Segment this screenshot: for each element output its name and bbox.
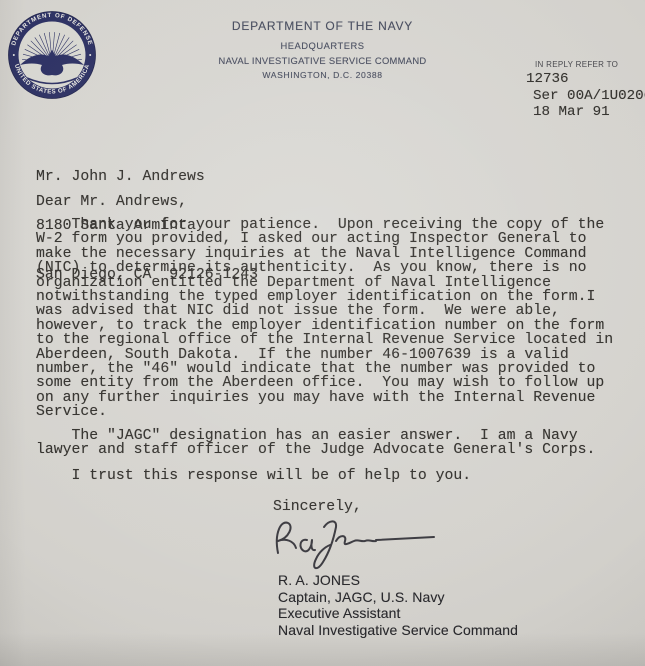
signer-organization: Naval Investigative Service Command: [278, 622, 518, 639]
body-paragraph-3: I trust this response will be of help to…: [36, 469, 636, 483]
signer-name: R. A. JONES: [278, 572, 518, 589]
reference-serial: Ser 00A/1U0206: [533, 88, 645, 105]
closing: Sincerely,: [273, 499, 362, 515]
signer-rank: Captain, JAGC, U.S. Navy: [278, 589, 518, 606]
body-paragraph-1: Thank you for your patience. Upon receiv…: [36, 218, 636, 420]
letterhead-headquarters: HEADQUARTERS: [0, 40, 645, 51]
reference-number: 12736: [526, 71, 645, 88]
signature-block: R. A. JONES Captain, JAGC, U.S. Navy Exe…: [278, 572, 518, 639]
salutation: Dear Mr. Andrews,: [36, 194, 187, 210]
body-paragraph-2: The "JAGC" designation has an easier ans…: [36, 429, 636, 458]
letter-page: DEPARTMENT OF DEFENSE UNITED STATES OF A…: [0, 0, 645, 666]
reference-block: IN REPLY REFER TO 12736 Ser 00A/1U0206 1…: [526, 60, 645, 121]
reference-date: 18 Mar 91: [533, 104, 645, 121]
signer-title: Executive Assistant: [278, 605, 518, 622]
recipient-name: Mr. John J. Andrews: [36, 169, 258, 185]
in-reply-refer-label: IN REPLY REFER TO: [535, 60, 645, 69]
handwritten-signature: [268, 517, 443, 575]
letterhead-department: DEPARTMENT OF THE NAVY: [0, 19, 645, 33]
